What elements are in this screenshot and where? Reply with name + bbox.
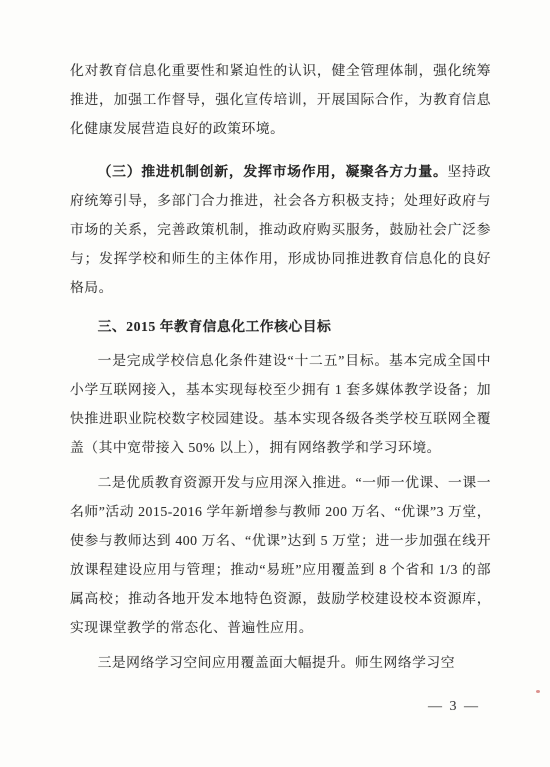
- paragraph: 二是优质教育资源开发与应用深入推进。“一师一优课、一课一名师”活动 2015-2…: [70, 468, 491, 642]
- paragraph: 三是网络学习空间应用覆盖面大幅提升。师生网络学习空: [70, 648, 491, 677]
- paragraph-continuation: 化对教育信息化重要性和紧迫性的认识，健全管理体制，强化统筹推进，加强工作督导，强…: [70, 56, 491, 143]
- paragraph: 一是完成学校信息化条件建设“十二五”目标。基本完成全国中小学互联网接入，基本实现…: [70, 346, 491, 462]
- page-number: — 3 —: [428, 698, 480, 716]
- paragraph-lead-bold: （三）推进机制创新，发挥市场作用，凝聚各方力量。: [98, 164, 448, 179]
- document-body: 化对教育信息化重要性和紧迫性的认识，健全管理体制，强化统筹推进，加强工作督导，强…: [70, 56, 491, 677]
- scanned-document-page: 化对教育信息化重要性和紧迫性的认识，健全管理体制，强化统筹推进，加强工作督导，强…: [0, 0, 550, 767]
- scan-artifact-speck: [536, 690, 540, 693]
- paragraph: （三）推进机制创新，发挥市场作用，凝聚各方力量。坚持政府统筹引导，多部门合力推进…: [70, 157, 491, 302]
- paragraph-text: 坚持政府统筹引导，多部门合力推进，社会各方积极支持；处理好政府与市场的关系，完善…: [70, 164, 491, 295]
- section-heading: 三、2015 年教育信息化工作核心目标: [70, 312, 491, 341]
